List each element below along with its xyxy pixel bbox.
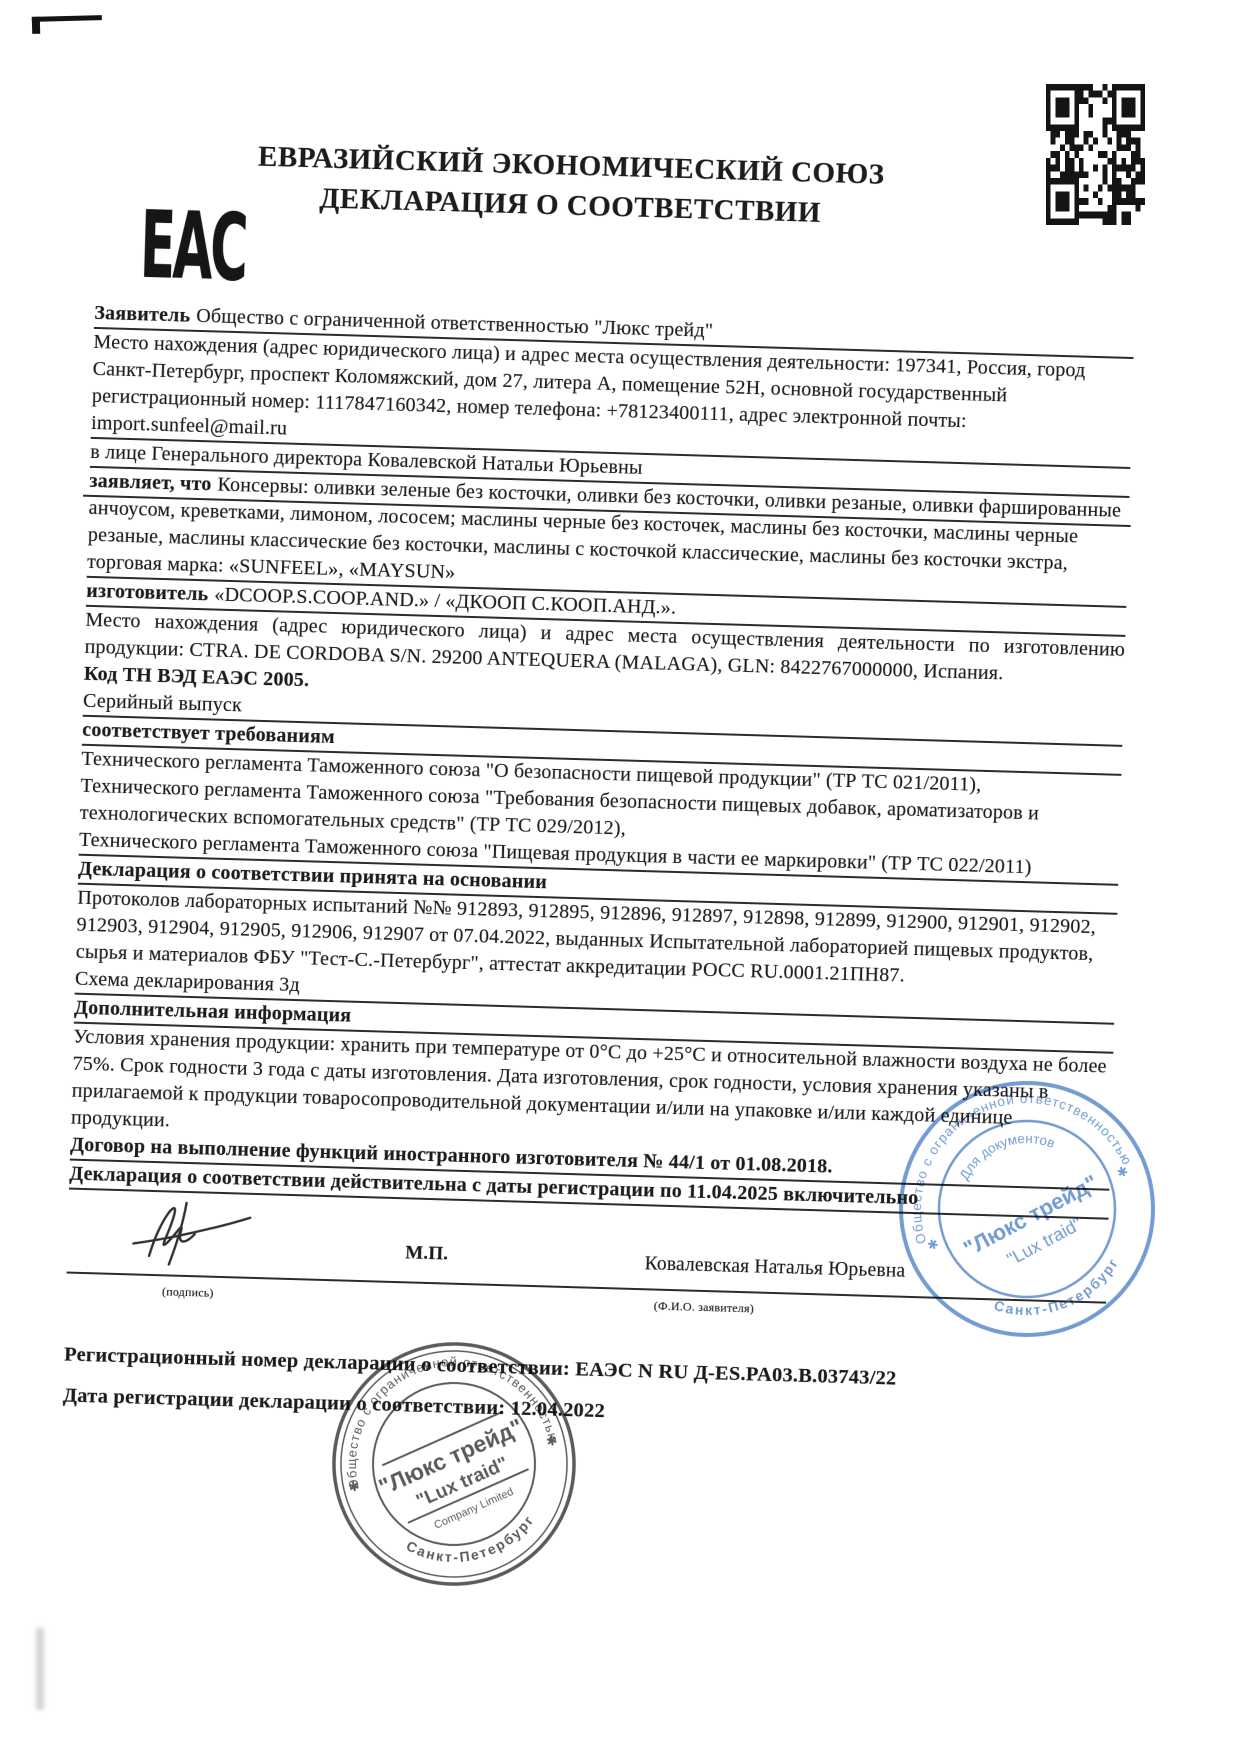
signature-caption: (подпись)	[162, 1278, 214, 1306]
stamp-company-name-ru: "Люкс трейд"	[375, 1413, 527, 1500]
svg-text:Санкт-Петербург: Санкт-Петербург	[401, 1509, 544, 1578]
document-title: ЕВРАЗИЙСКИЙ ЭКОНОМИЧЕСКИЙ СОЮЗ ДЕКЛАРАЦИ…	[97, 132, 1139, 242]
scheme-text: Схема декларирования 3д	[75, 968, 300, 997]
stamp-city-text: Санкт-Петербург	[401, 1509, 544, 1578]
tnved-code-text: Код ТН ВЭД ЕАЭС 2005.	[84, 663, 310, 692]
stamp-company-name-en: "Lux traid"	[413, 1453, 511, 1512]
applicant-label: Заявитель	[94, 302, 191, 327]
additional-label-text: Дополнительная информация	[74, 997, 352, 1027]
stamp-place-label: М.П.	[405, 1239, 449, 1267]
declares-label: заявляет, что	[89, 470, 212, 496]
document-body: ЕАС ЕВРАЗИЙСКИЙ ЭКОНОМИЧЕСКИЙ СОЮЗ ДЕКЛА…	[63, 118, 1140, 1440]
scan-edge-smudge	[36, 1628, 44, 1710]
signee-caption: (Ф.И.О. заявителя)	[653, 1293, 754, 1323]
eac-mark-logo: ЕАС	[139, 199, 247, 295]
scan-corner-artifact	[32, 15, 102, 34]
stamp-company-type: Company Limited	[432, 1486, 515, 1532]
complies-label-text: соответствует требованиям	[82, 719, 335, 748]
handwritten-signature	[124, 1185, 257, 1279]
declaration-scan-page: ЕАС ЕВРАЗИЙСКИЙ ЭКОНОМИЧЕСКИЙ СОЮЗ ДЕКЛА…	[0, 0, 1240, 1754]
stamp-separator: ✱	[545, 1432, 559, 1449]
signee-name: Ковалевская Наталья Юрьевна	[565, 1248, 986, 1287]
manufacturer-label: изготовитель	[86, 580, 209, 606]
stamp-separator: ✱	[1115, 1163, 1131, 1181]
release-type-text: Серийный выпуск	[83, 690, 242, 717]
stamp-separator: ✱	[347, 1478, 361, 1495]
